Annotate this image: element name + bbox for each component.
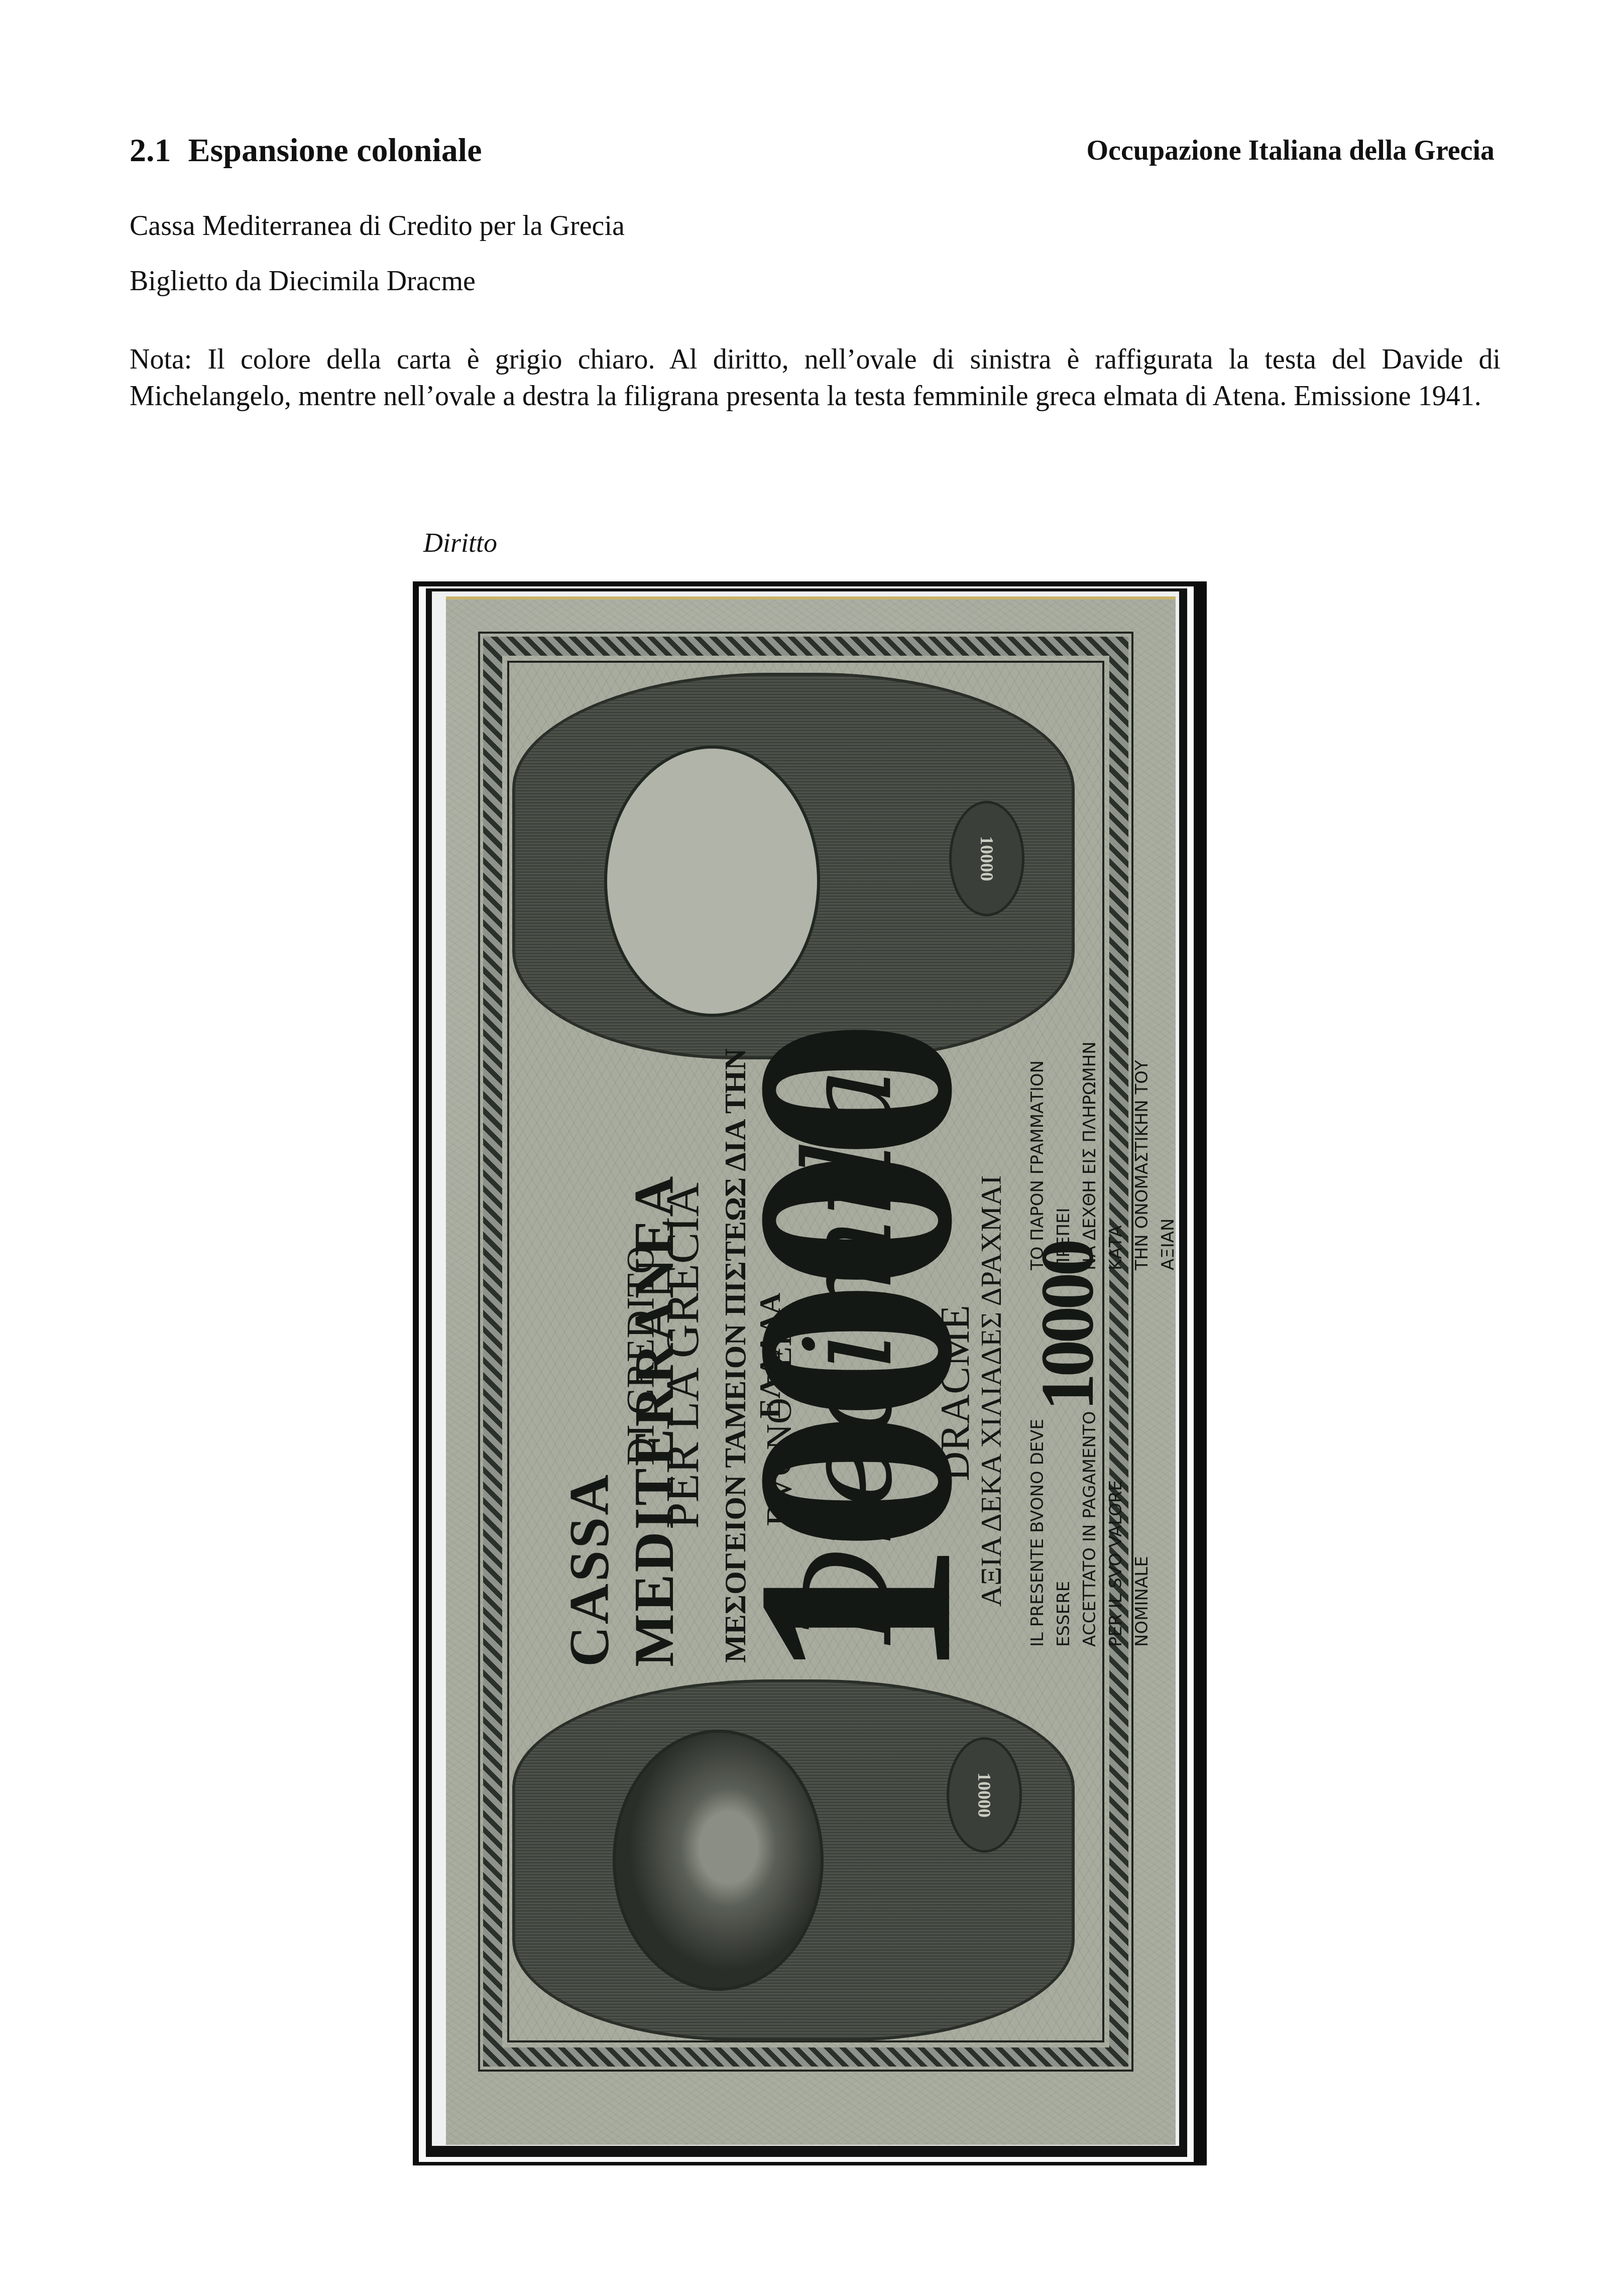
top-value-medallion: 10000 <box>949 801 1024 916</box>
legal-text-italian: IL PRESENTE BVONO DEVE ESSERE ACCETTATO … <box>1024 1406 1155 1647</box>
david-portrait-oval <box>613 1730 824 1991</box>
issuer-subtitle: Cassa Mediterranea di Credito per la Gre… <box>130 210 625 242</box>
topic-heading: Occupazione Italiana della Grecia <box>1087 135 1495 167</box>
section-heading: 2.1Espansione coloniale <box>130 132 482 170</box>
image-caption: Diritto <box>423 527 497 558</box>
legal-text-greek: ΤΟ ΠΑΡΟΝ ΓΡΑΜΜΑΤΙΟΝ ΠΡΕΠΕΙ ΝΑ ΔΕΧΘΗ ΕΙΣ … <box>1024 1029 1181 1270</box>
section-title: Espansione coloniale <box>188 132 482 169</box>
banknote-text-block: 10000 CASSA MEDITERRANEA DI CREDITO PER … <box>542 1029 1105 1682</box>
banknote-subtitle: Biglietto da Diecimila Dracme <box>130 265 476 297</box>
currency-label: DRACME <box>932 1029 979 1481</box>
watermark-oval <box>604 746 820 1017</box>
note-paragraph: Nota: Il colore della carta è grigio chi… <box>130 341 1501 415</box>
issuer-line-3: PER LA GRECIA <box>655 1029 710 1682</box>
greek-value: ΑΞΙΑ ΔΕΚΑ ΧΙΛΙΑΔΕΣ ΔΡΑΧΜΑΙ <box>974 1029 1008 1607</box>
section-number: 2.1 <box>130 132 171 169</box>
denomination-script: Diecimila <box>778 1029 919 1682</box>
bottom-value-medallion: 10000 <box>947 1737 1022 1853</box>
